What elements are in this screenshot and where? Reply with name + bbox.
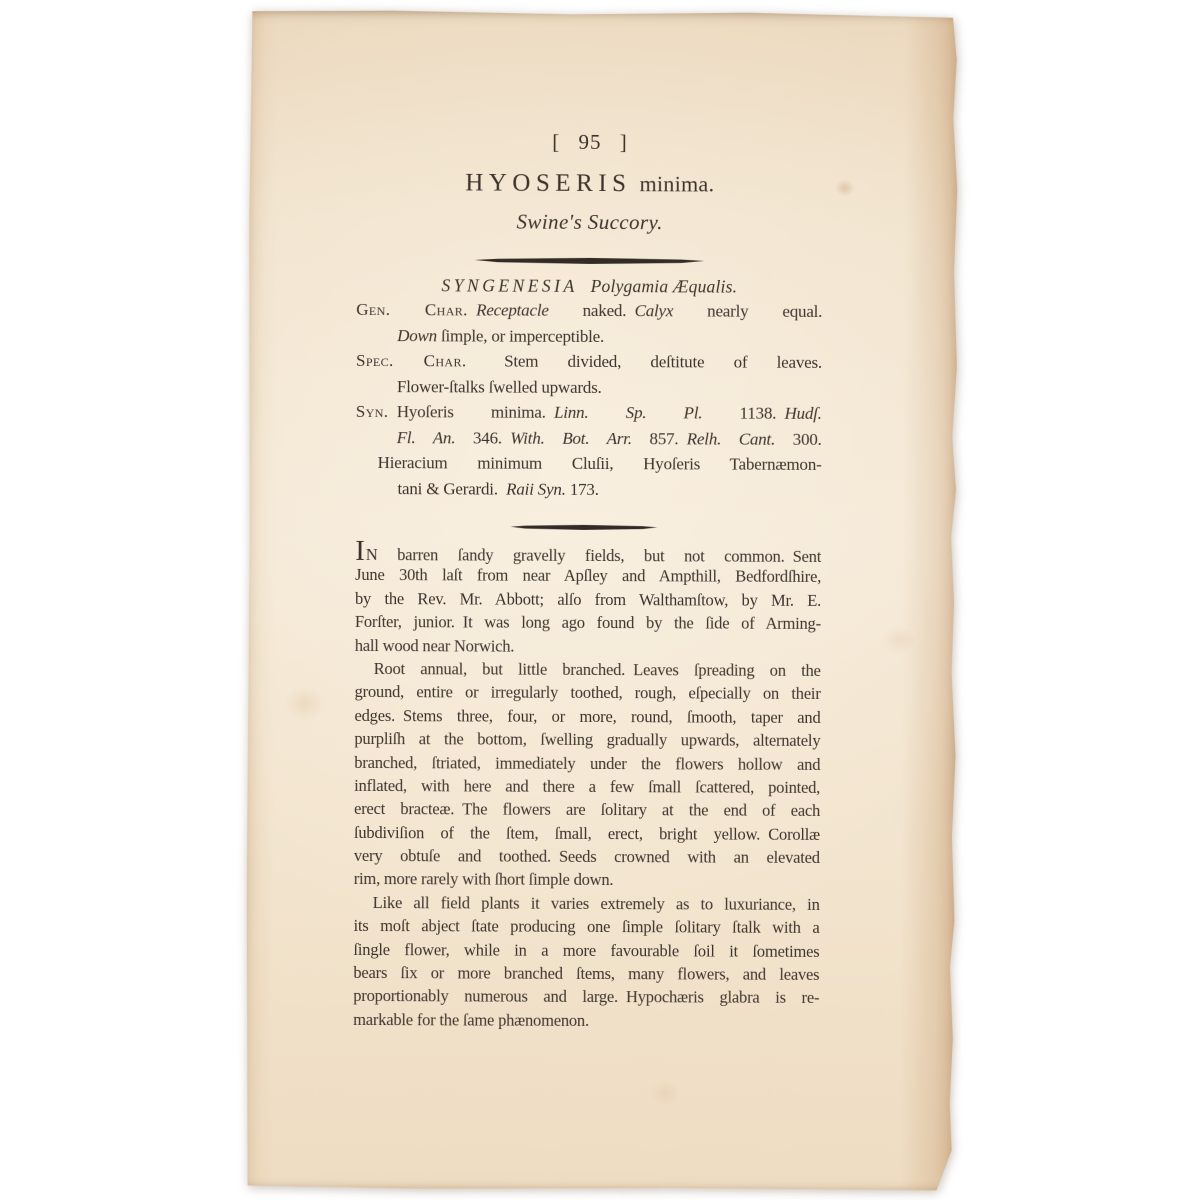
text-line: purpliſh at the bottom, ſwelling gradual… <box>354 727 820 752</box>
elevated-initial: I <box>355 535 366 567</box>
scan-backdrop: [ 95 ] HYOSERISminima. Swine's Succory. … <box>0 0 1200 1200</box>
text-line: Like all field plants it varies extremel… <box>354 891 820 916</box>
common-name: Swine's Succory. <box>357 207 823 237</box>
book-page: [ 95 ] HYOSERISminima. Swine's Succory. … <box>244 9 961 1191</box>
text-line: proportionably numerous and large. Hypoc… <box>353 984 819 1009</box>
text-line: markable for the ſame phænomenon. <box>353 1008 819 1033</box>
text-line: Forſter, junior. It was long ago found b… <box>355 610 821 635</box>
text-line: by the Rev. Mr. Abbott; alſo from Waltha… <box>355 587 821 612</box>
page-wrap: [ 95 ] HYOSERISminima. Swine's Succory. … <box>244 9 961 1191</box>
characters-block: Gen. Char. Receptacle naked. Calyx nearl… <box>355 297 822 503</box>
linnaean-class: SYNGENESIA <box>442 275 578 296</box>
spec-char-line: Spec. Char. Stem divided, deſtitute of l… <box>356 348 822 376</box>
swelled-rule-top <box>474 257 704 264</box>
text-line: bears ſix or more branched ſtems, many f… <box>353 961 819 986</box>
species-name: minima. <box>639 171 714 196</box>
text-line: erect bracteæ. The flowers are ſolitary … <box>354 797 820 822</box>
text-line: ſubdiviſion of the ſtem, ſmall, erect, b… <box>354 821 820 846</box>
body-text: IN barren ſandy gravelly fields, but not… <box>353 540 821 1033</box>
text-line: Root annual, but little branched. Leaves… <box>355 657 821 682</box>
text-line: branched, ſtriated, immediately under th… <box>354 750 820 775</box>
text-line: inflated, with here and there a few ſmal… <box>354 774 820 799</box>
synonym-line: Fl. An. 346. With. Bot. Arr. 857. Relh. … <box>356 424 822 452</box>
title-line: HYOSERISminima. <box>357 166 823 202</box>
text-line: hall wood near Norwich. <box>355 633 821 658</box>
linnaean-order: Polygamia Æqualis. <box>591 276 738 297</box>
text-line: its moſt abject ſtate producing one ſimp… <box>354 914 820 939</box>
genus-name: HYOSERIS <box>465 169 631 197</box>
synonym-line: Hieracium minimum Cluſii, Hyoſeris Taber… <box>356 450 822 478</box>
classification-line: SYNGENESIAPolygamia Æqualis. <box>356 273 822 299</box>
text-line: IN barren ſandy gravelly fields, but not… <box>355 540 821 565</box>
swelled-rule-bottom <box>510 525 657 531</box>
text-line: edges. Stems three, four, or more, round… <box>354 704 820 729</box>
synonym-line: Syn. Hyoſeris minima. Linn. Sp. Pl. 1138… <box>356 399 822 427</box>
text-line: rim, more rarely with ſhort ſimple down. <box>354 867 820 892</box>
text-line: ground, entire or irregularly toothed, r… <box>355 680 821 705</box>
text-line: June 30th laſt from near Apſley and Ampt… <box>355 563 821 588</box>
text-line: very obtuſe and toothed. Seeds crowned w… <box>354 844 820 869</box>
gen-char-line: Gen. Char. Receptacle naked. Calyx nearl… <box>356 297 822 325</box>
text-line: ſingle flower, while in a more favourabl… <box>353 938 819 963</box>
synonym-line: tani & Gerardi. Raii Syn. 173. <box>355 475 821 503</box>
page-number: [ 95 ] <box>357 128 823 156</box>
gen-char-line: Down ſimple, or imperceptible. <box>356 322 822 350</box>
spec-char-line: Flower-ſtalks ſwelled upwards. <box>356 373 822 401</box>
